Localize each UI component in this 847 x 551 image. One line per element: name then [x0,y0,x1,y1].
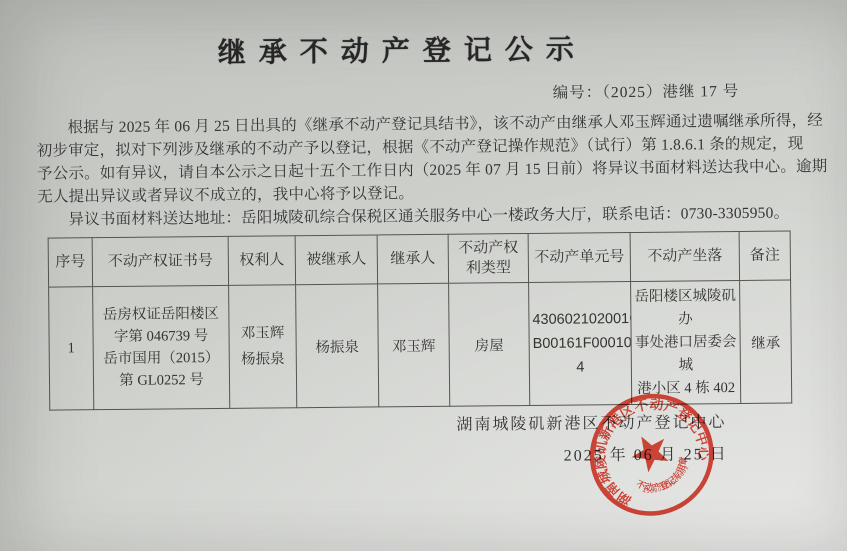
page-title: 继承不动产登记公示 [0,25,845,73]
cell-holder: 邓玉辉 杨振泉 [229,285,297,409]
header-decedent: 被继承人 [295,235,377,285]
cell-heir: 邓玉辉 [378,283,450,407]
cell-seq: 1 [49,287,94,410]
cell-cert-no: 岳房权证岳阳楼区 字第 046739 号 岳市国用（2015） 第 GL0252… [93,285,230,409]
header-location: 不动产坐落 [630,231,739,281]
cell-decedent: 杨振泉 [296,284,379,408]
header-right-type: 不动产权利类型 [448,233,528,283]
header-seq: 序号 [48,238,92,287]
document-sheet: 继承不动产登记公示 编号：（2025）港继 17 号 根据与 2025 年 06… [0,0,847,551]
header-cert-no: 不动产权证书号 [92,236,228,286]
seal-star-icon [625,427,675,476]
cell-unit-no: 430602102001G B00161F0001001 4 [529,282,632,406]
header-remark: 备注 [739,231,790,280]
cell-right-type: 房屋 [449,282,530,406]
table-header-row: 序号 不动产权证书号 权利人 被继承人 继承人 不动产权利类型 不动产单元号 不… [48,231,790,287]
header-heir: 继承人 [377,234,448,284]
notice-body: 根据与 2025 年 06 月 25 日出具的《继承不动产登记具结书》，该不动产… [36,109,812,231]
doc-number: 编号：（2025）港继 17 号 [0,78,845,108]
cell-remark: 继承 [740,280,792,403]
header-holder: 权利人 [228,236,295,286]
header-unit-no: 不动产单元号 [528,233,630,283]
